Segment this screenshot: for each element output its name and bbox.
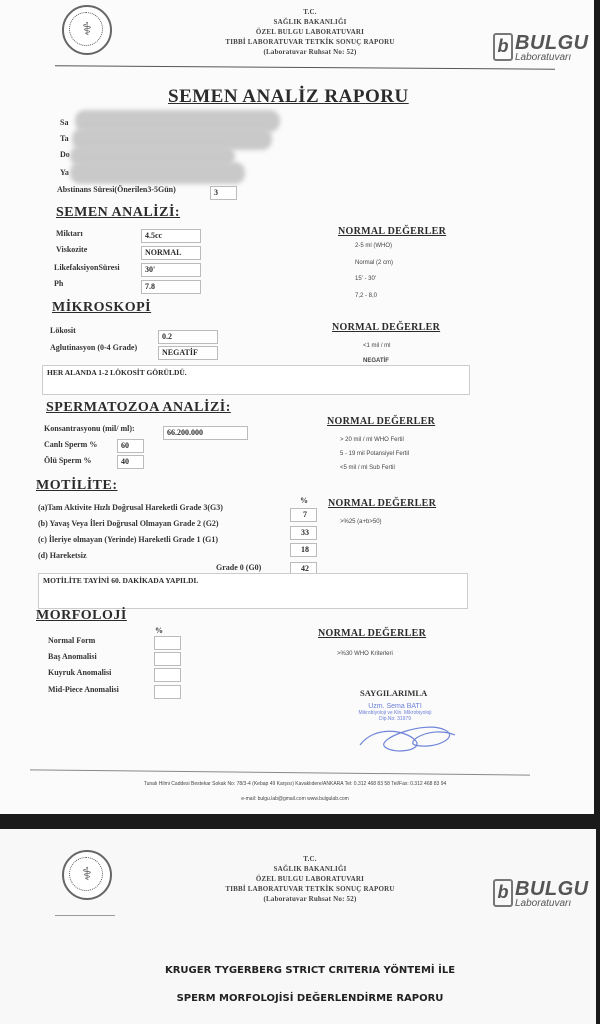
logo-sub: Laboratuvarı [515,899,589,909]
field-label: (d) Hareketsiz [38,551,87,560]
field-label: Canlı Sperm % [44,440,97,449]
header-line: (Laboratuvar Ruhsat No: 52) [160,894,460,904]
header-line: ÖZEL BULGU LABORATUVARI [160,27,460,37]
field-label: (b) Yavaş Veya İleri Doğrusal Olmayan Gr… [38,519,219,528]
doctor-name: Uzm. Sema BATI [330,703,460,710]
header-line: ÖZEL BULGU LABORATUVARI [160,874,460,884]
field-value [154,685,181,699]
percent-label: % [155,626,163,635]
field-value: 7 [290,508,317,522]
field-label: Ph [54,279,63,288]
page-title: SEMEN ANALİZ RAPORU [168,86,409,108]
kruger-title-line1: KRUGER TYGERBERG STRICT CRITERIA YÖNTEMİ… [100,965,520,976]
field-label: LikefaksiyonSüresi [54,263,120,272]
patient-label: Ya [60,168,69,177]
section-motility: MOTİLİTE: [36,478,118,494]
normal-values-heading: NORMAL DEĞERLER [338,226,446,237]
field-label: Konsantrasyonu (mil/ ml): [44,424,135,433]
logo-mark-icon: b [493,33,513,61]
field-label: (a)Tam Aktivite Hızlı Doğrusal Hareketli… [38,503,223,512]
normal-value: >%25 (a+b>50) [340,519,382,525]
field-value: NORMAL [141,246,201,260]
field-label: Baş Anomalisi [48,652,97,661]
section-morphology: MORFOLOJİ [36,608,127,624]
kruger-title-line2: SPERM MORFOLOJİSİ DEĞERLENDİRME RAPORU [100,993,520,1004]
normal-value: 15' - 30' [355,276,376,282]
motility-note: MOTİLİTE TAYİNİ 60. DAKİKADA YAPILDI. [38,573,468,609]
field-value [154,636,181,650]
footer-contact: e-mail: bulgu.lab@gmail.com www.bulgulab… [30,796,560,802]
field-value: 0.2 [158,330,218,344]
closing-text: SAYGILARIMLA [360,688,427,698]
normal-value: 5 - 19 mil Potansiyel Fertil [340,451,409,457]
field-value: 30' [141,263,201,277]
field-value: NEGATİF [158,346,218,360]
field-value: 40 [117,455,144,469]
field-value: 60 [117,439,144,453]
grade-label: Grade 0 (G0) [216,563,261,572]
lab-header: T.C. SAĞLIK BAKANLIĞI ÖZEL BULGU LABORAT… [160,854,460,904]
abstinence-label: Abstinans Süresi(Önerilen3-5Gün) [57,185,176,194]
normal-values-heading: NORMAL DEĞERLER [332,322,440,333]
ministry-seal-icon: ⚕ [62,5,112,55]
field-value: 4.5cc [141,229,201,243]
section-semen-analysis: SEMEN ANALİZİ: [56,205,180,221]
normal-value: <5 mil / ml Sub Fertil [340,465,395,471]
report-page-1: ⚕ T.C. SAĞLIK BAKANLIĞI ÖZEL BULGU LABOR… [0,0,594,814]
patient-label: Ta [60,134,69,143]
field-value: 7.8 [141,280,201,294]
header-line: TIBBİ LABORATUVAR TETKİK SONUÇ RAPORU [160,37,460,47]
header-line: SAĞLIK BAKANLIĞI [160,864,460,874]
field-value [154,652,181,666]
field-label: Viskozite [56,245,87,254]
footer-address: Tunalı Hilmi Caddesi Bestekar Sokak No: … [30,781,560,787]
normal-value: > 20 mil / ml WHO Fertil [340,437,404,443]
section-microscopy: MİKROSKOPİ [52,300,151,316]
field-label: (c) İleriye olmayan (Yerinde) Hareketli … [38,535,218,544]
field-value: 18 [290,543,317,557]
field-value: 66.200.000 [163,426,248,440]
redaction [70,162,245,184]
abstinence-value: 3 [210,186,237,200]
ministry-seal-icon: ⚕ [62,850,112,900]
normal-value: 2-5 ml (WHO) [355,243,392,249]
field-label: Aglutinasyon (0-4 Grade) [50,343,137,352]
header-line: TIBBİ LABORATUVAR TETKİK SONUÇ RAPORU [160,884,460,894]
normal-values-heading: NORMAL DEĞERLER [327,416,435,427]
patient-label: Do [60,150,70,159]
field-value: 33 [290,526,317,540]
header-line: SAĞLIK BAKANLIĞI [160,17,460,27]
signature-scribble-icon [355,715,465,760]
header-line: T.C. [160,7,460,17]
logo-name: BULGU [515,33,589,53]
section-spermatozoa: SPERMATOZOA ANALİZİ: [46,400,231,416]
field-label: Miktarı [56,229,83,238]
bulgu-logo: bBULGULaboratuvarı [493,33,589,63]
header-divider [55,915,115,916]
normal-value: >%30 WHO Kriterleri [337,651,393,657]
normal-value: NEGATİF [363,358,389,364]
bulgu-logo: bBULGULaboratuvarı [493,879,589,909]
field-label: Normal Form [48,636,95,645]
logo-name: BULGU [515,879,589,899]
field-label: Kuyruk Anomalisi [48,668,111,677]
footer-divider [30,769,530,775]
field-value [154,668,181,682]
field-label: Mid-Piece Anomalisi [48,685,119,694]
normal-values-heading: NORMAL DEĞERLER [318,628,426,639]
field-label: Ölü Sperm % [44,456,92,465]
header-line: (Laboratuvar Ruhsat No: 52) [160,47,460,57]
logo-sub: Laboratuvarı [515,53,589,63]
field-label: Lökosit [50,326,76,335]
normal-value: Normal (2 cm) [355,260,393,266]
normal-value: 7,2 - 8,0 [355,293,377,299]
normal-values-heading: NORMAL DEĞERLER [328,498,436,509]
report-page-2: ⚕ T.C. SAĞLIK BAKANLIĞI ÖZEL BULGU LABOR… [0,829,596,1024]
normal-value: <1 mil / ml [363,343,391,349]
lab-header: T.C. SAĞLIK BAKANLIĞI ÖZEL BULGU LABORAT… [160,7,460,57]
percent-label: % [300,496,308,505]
microscopy-note: HER ALANDA 1-2 LÖKOSİT GÖRÜLDÜ. [42,365,470,395]
logo-mark-icon: b [493,879,513,907]
header-divider [55,65,555,69]
patient-label: Sa [60,118,68,127]
header-line: T.C. [160,854,460,864]
